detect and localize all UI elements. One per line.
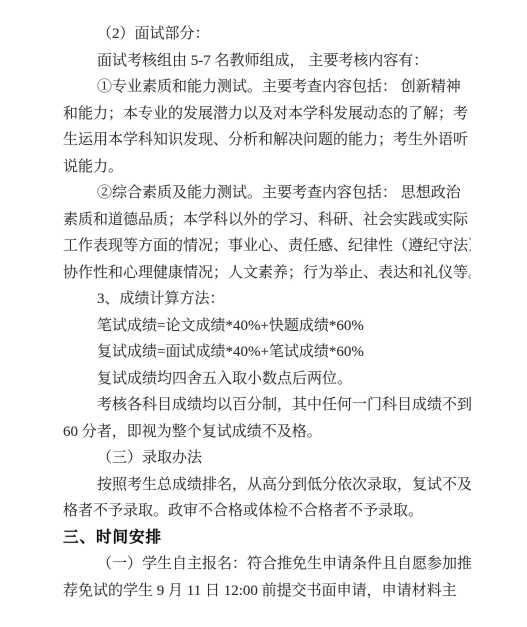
text-line: 荐免试的学生 9 月 11 日 12:00 前提交书面申请，申请材料主 — [63, 578, 471, 605]
text-line: （2）面试部分： — [63, 21, 471, 48]
text-line: 复试成绩均四舍五入取小数点后两位。 — [63, 366, 471, 393]
text-line: 协作性和心理健康情况；人文素养；行为举止、表达和礼仪等。 — [63, 260, 471, 287]
text-line: （三）录取办法 — [63, 445, 471, 472]
text-line: 3、成绩计算方法： — [63, 286, 471, 313]
text-line: 面试考核组由 5-7 名教师组成， 主要考核内容有： — [63, 48, 471, 75]
text-line: ②综合素质及能力测试。主要考查内容包括： 思想政治 — [63, 180, 471, 207]
document-page: （2）面试部分： 面试考核组由 5-7 名教师组成， 主要考核内容有： ①专业素… — [0, 0, 527, 627]
text-line: 工作表现等方面的情况；事业心、责任感、纪律性（遵纪守法）、 — [63, 233, 471, 260]
text-line: （一）学生自主报名：符合推免生申请条件且自愿参加推 — [63, 551, 471, 578]
text-line: 格者不予录取。政审不合格或体检不合格者不予录取。 — [63, 498, 471, 525]
text-line: 和能力；本专业的发展潜力以及对本学科发展动态的了解；考 — [63, 101, 471, 128]
text-line: 素质和道德品质；本学科以外的学习、科研、社会实践或实际 — [63, 207, 471, 234]
text-line: 说能力。 — [63, 154, 471, 181]
text-line: 按照考生总成绩排名，从高分到低分依次录取，复试不及 — [63, 472, 471, 499]
formula-line: 笔试成绩=论文成绩*40%+快题成绩*60% — [63, 313, 471, 340]
text-line: 考核各科目成绩均以百分制，其中任何一门科目成绩不到 — [63, 392, 471, 419]
section-heading: 三、时间安排 — [63, 525, 471, 552]
formula-line: 复试成绩=面试成绩*40%+笔试成绩*60% — [63, 339, 471, 366]
document-body: （2）面试部分： 面试考核组由 5-7 名教师组成， 主要考核内容有： ①专业素… — [63, 21, 471, 604]
text-line: 60 分者，即视为整个复试成绩不及格。 — [63, 419, 471, 446]
text-line: 生运用本学科知识发现、分析和解决问题的能力；考生外语听 — [63, 127, 471, 154]
text-line: ①专业素质和能力测试。主要考查内容包括： 创新精神 — [63, 74, 471, 101]
